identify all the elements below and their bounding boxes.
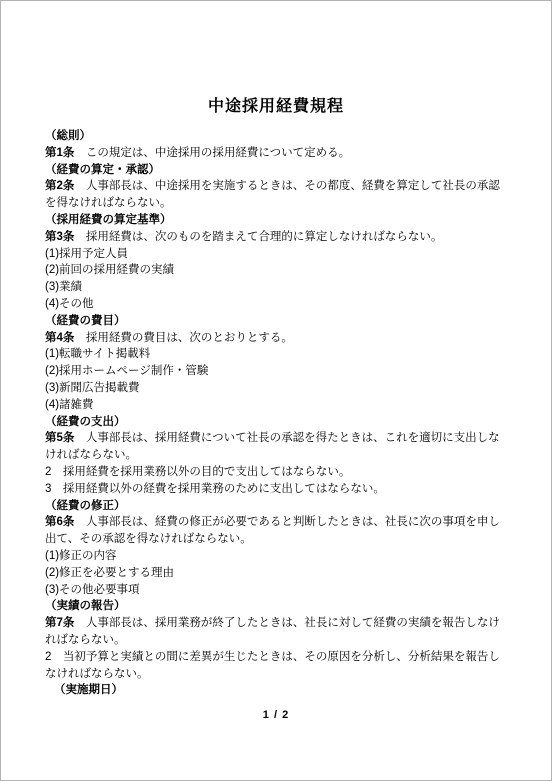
document-line: 第2条 人事部長は、中途採用を実施するときは、その都度、経費を算定して社長の承認 (45, 178, 517, 195)
document-line: (4)その他 (45, 296, 517, 313)
document-line: 第4条 採用経費の費目は、次のとおりとする。 (45, 330, 517, 347)
section-heading: （実績の報告） (45, 598, 517, 615)
document-line: を得なければならない。 (45, 195, 517, 212)
document-line: 第5条 人事部長は、採用経費について社長の承認を得たときは、これを適切に支出しな (45, 430, 517, 447)
document-body: （総則）第1条 この規定は、中途採用の採用経費について定める。（経費の算定・承認… (45, 128, 517, 699)
document-line: 第1条 この規定は、中途採用の採用経費について定める。 (45, 145, 517, 162)
document-line: 3 採用経費以外の経費を採用業務のために支出してはならない。 (45, 481, 517, 498)
document-line: なければならない。 (45, 666, 517, 683)
document-line: 第3条 採用経費は、次のものを踏まえて合理的に算定しなければならない。 (45, 229, 517, 246)
document-line: 2 当初予算と実績との間に差異が生じたときは、その原因を分析し、分析結果を報告し (45, 649, 517, 666)
article-number: 第7条 (45, 617, 74, 629)
section-heading: （経費の支出） (45, 414, 517, 431)
article-number: 第2条 (45, 180, 74, 192)
article-number: 第1条 (45, 147, 74, 159)
document-line: (2)前回の採用経費の実績 (45, 262, 517, 279)
article-number: 第5条 (45, 432, 74, 444)
document-title: 中途採用経費規程 (1, 93, 551, 116)
document-line: (3)その他必要事項 (45, 582, 517, 599)
document-line: ればならない。 (45, 632, 517, 649)
article-number: 第4条 (45, 332, 74, 344)
document-line: (4)諸雑費 (45, 397, 517, 414)
document-line: (2)修正を必要とする理由 (45, 565, 517, 582)
document-line: ければならない。 (45, 447, 517, 464)
document-line: 第6条 人事部長は、経費の修正が必要であると判断したときは、社長に次の事項を申し (45, 514, 517, 531)
section-heading: （経費の算定・承認） (45, 162, 517, 179)
section-heading: （採用経費の算定基準） (45, 212, 517, 229)
section-heading: （総則） (45, 128, 517, 145)
document-line: 出て、その承認を得なければならない。 (45, 531, 517, 548)
article-number: 第6条 (45, 516, 74, 528)
document-line: (3)新聞広告掲載費 (45, 380, 517, 397)
document-line: (1)修正の内容 (45, 548, 517, 565)
document-line: (2)採用ホームページ制作・管験 (45, 363, 517, 380)
page-number: 1 / 2 (1, 709, 551, 721)
document-line: (1)採用予定人員 (45, 246, 517, 263)
document-line: 第7条 人事部長は、採用業務が終了したときは、社長に対して経費の実績を報告しなけ (45, 615, 517, 632)
section-heading: （実施期日） (45, 682, 517, 699)
document-line: (1)転職サイト掲載料 (45, 346, 517, 363)
section-heading: （経費の修正） (45, 498, 517, 515)
section-heading: （経費の費目） (45, 313, 517, 330)
document-page: 中途採用経費規程 （総則）第1条 この規定は、中途採用の採用経費について定める。… (0, 0, 552, 781)
article-number: 第3条 (45, 231, 74, 243)
document-line: (3)業績 (45, 279, 517, 296)
document-line: 2 採用経費を採用業務以外の目的で支出してはならない。 (45, 464, 517, 481)
